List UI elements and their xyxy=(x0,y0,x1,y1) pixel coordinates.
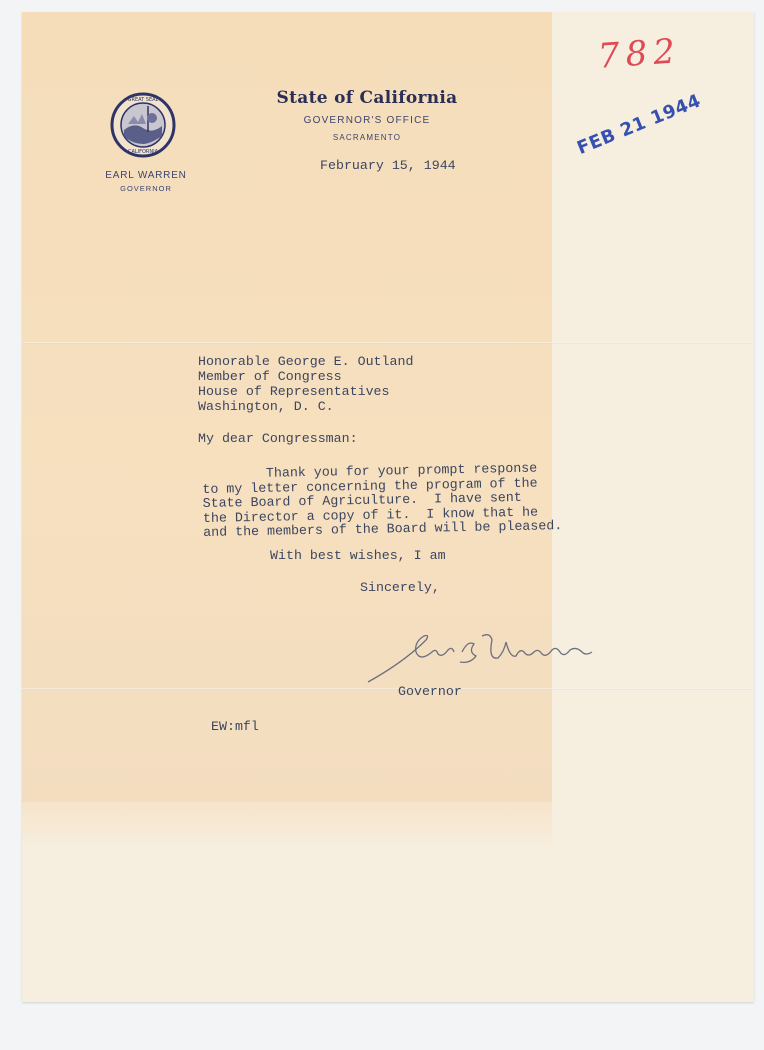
recipient-line: Member of Congress xyxy=(198,369,413,384)
salutation: My dear Congressman: xyxy=(198,431,358,446)
sign-off: Sincerely, xyxy=(360,580,440,595)
received-date-stamp: FEB 21 1944 xyxy=(574,90,704,159)
letterhead-city: SACRAMENTO xyxy=(262,133,472,142)
file-number-annotation: 782 xyxy=(597,31,682,77)
handwritten-signature xyxy=(364,622,614,692)
reference-initials: EW:mfl xyxy=(211,719,259,734)
recipient-line: House of Representatives xyxy=(198,384,413,399)
paper-discoloration-fade xyxy=(22,792,552,852)
letter-body: Thank you for your prompt responseto my … xyxy=(202,461,562,540)
recipient-line: Honorable George E. Outland xyxy=(198,354,413,369)
svg-text:GREAT SEAL: GREAT SEAL xyxy=(128,97,159,103)
letter-date: February 15, 1944 xyxy=(320,158,456,173)
letterhead-office: GOVERNOR'S OFFICE xyxy=(262,115,472,126)
sender-name: EARL WARREN xyxy=(86,170,206,181)
letterhead-state: State of California xyxy=(262,88,472,108)
recipient-address: Honorable George E. OutlandMember of Con… xyxy=(198,354,413,414)
closing-line: With best wishes, I am xyxy=(270,548,446,563)
signer-title: Governor xyxy=(398,684,462,699)
sender-title: GOVERNOR xyxy=(86,184,206,193)
letter-page: GREAT SEAL CALIFORNIA EARL WARREN GOVERN… xyxy=(22,12,754,1002)
svg-text:CALIFORNIA: CALIFORNIA xyxy=(128,149,159,155)
recipient-line: Washington, D. C. xyxy=(198,399,413,414)
fold-line xyxy=(22,342,754,344)
great-seal-icon: GREAT SEAL CALIFORNIA xyxy=(110,92,176,158)
